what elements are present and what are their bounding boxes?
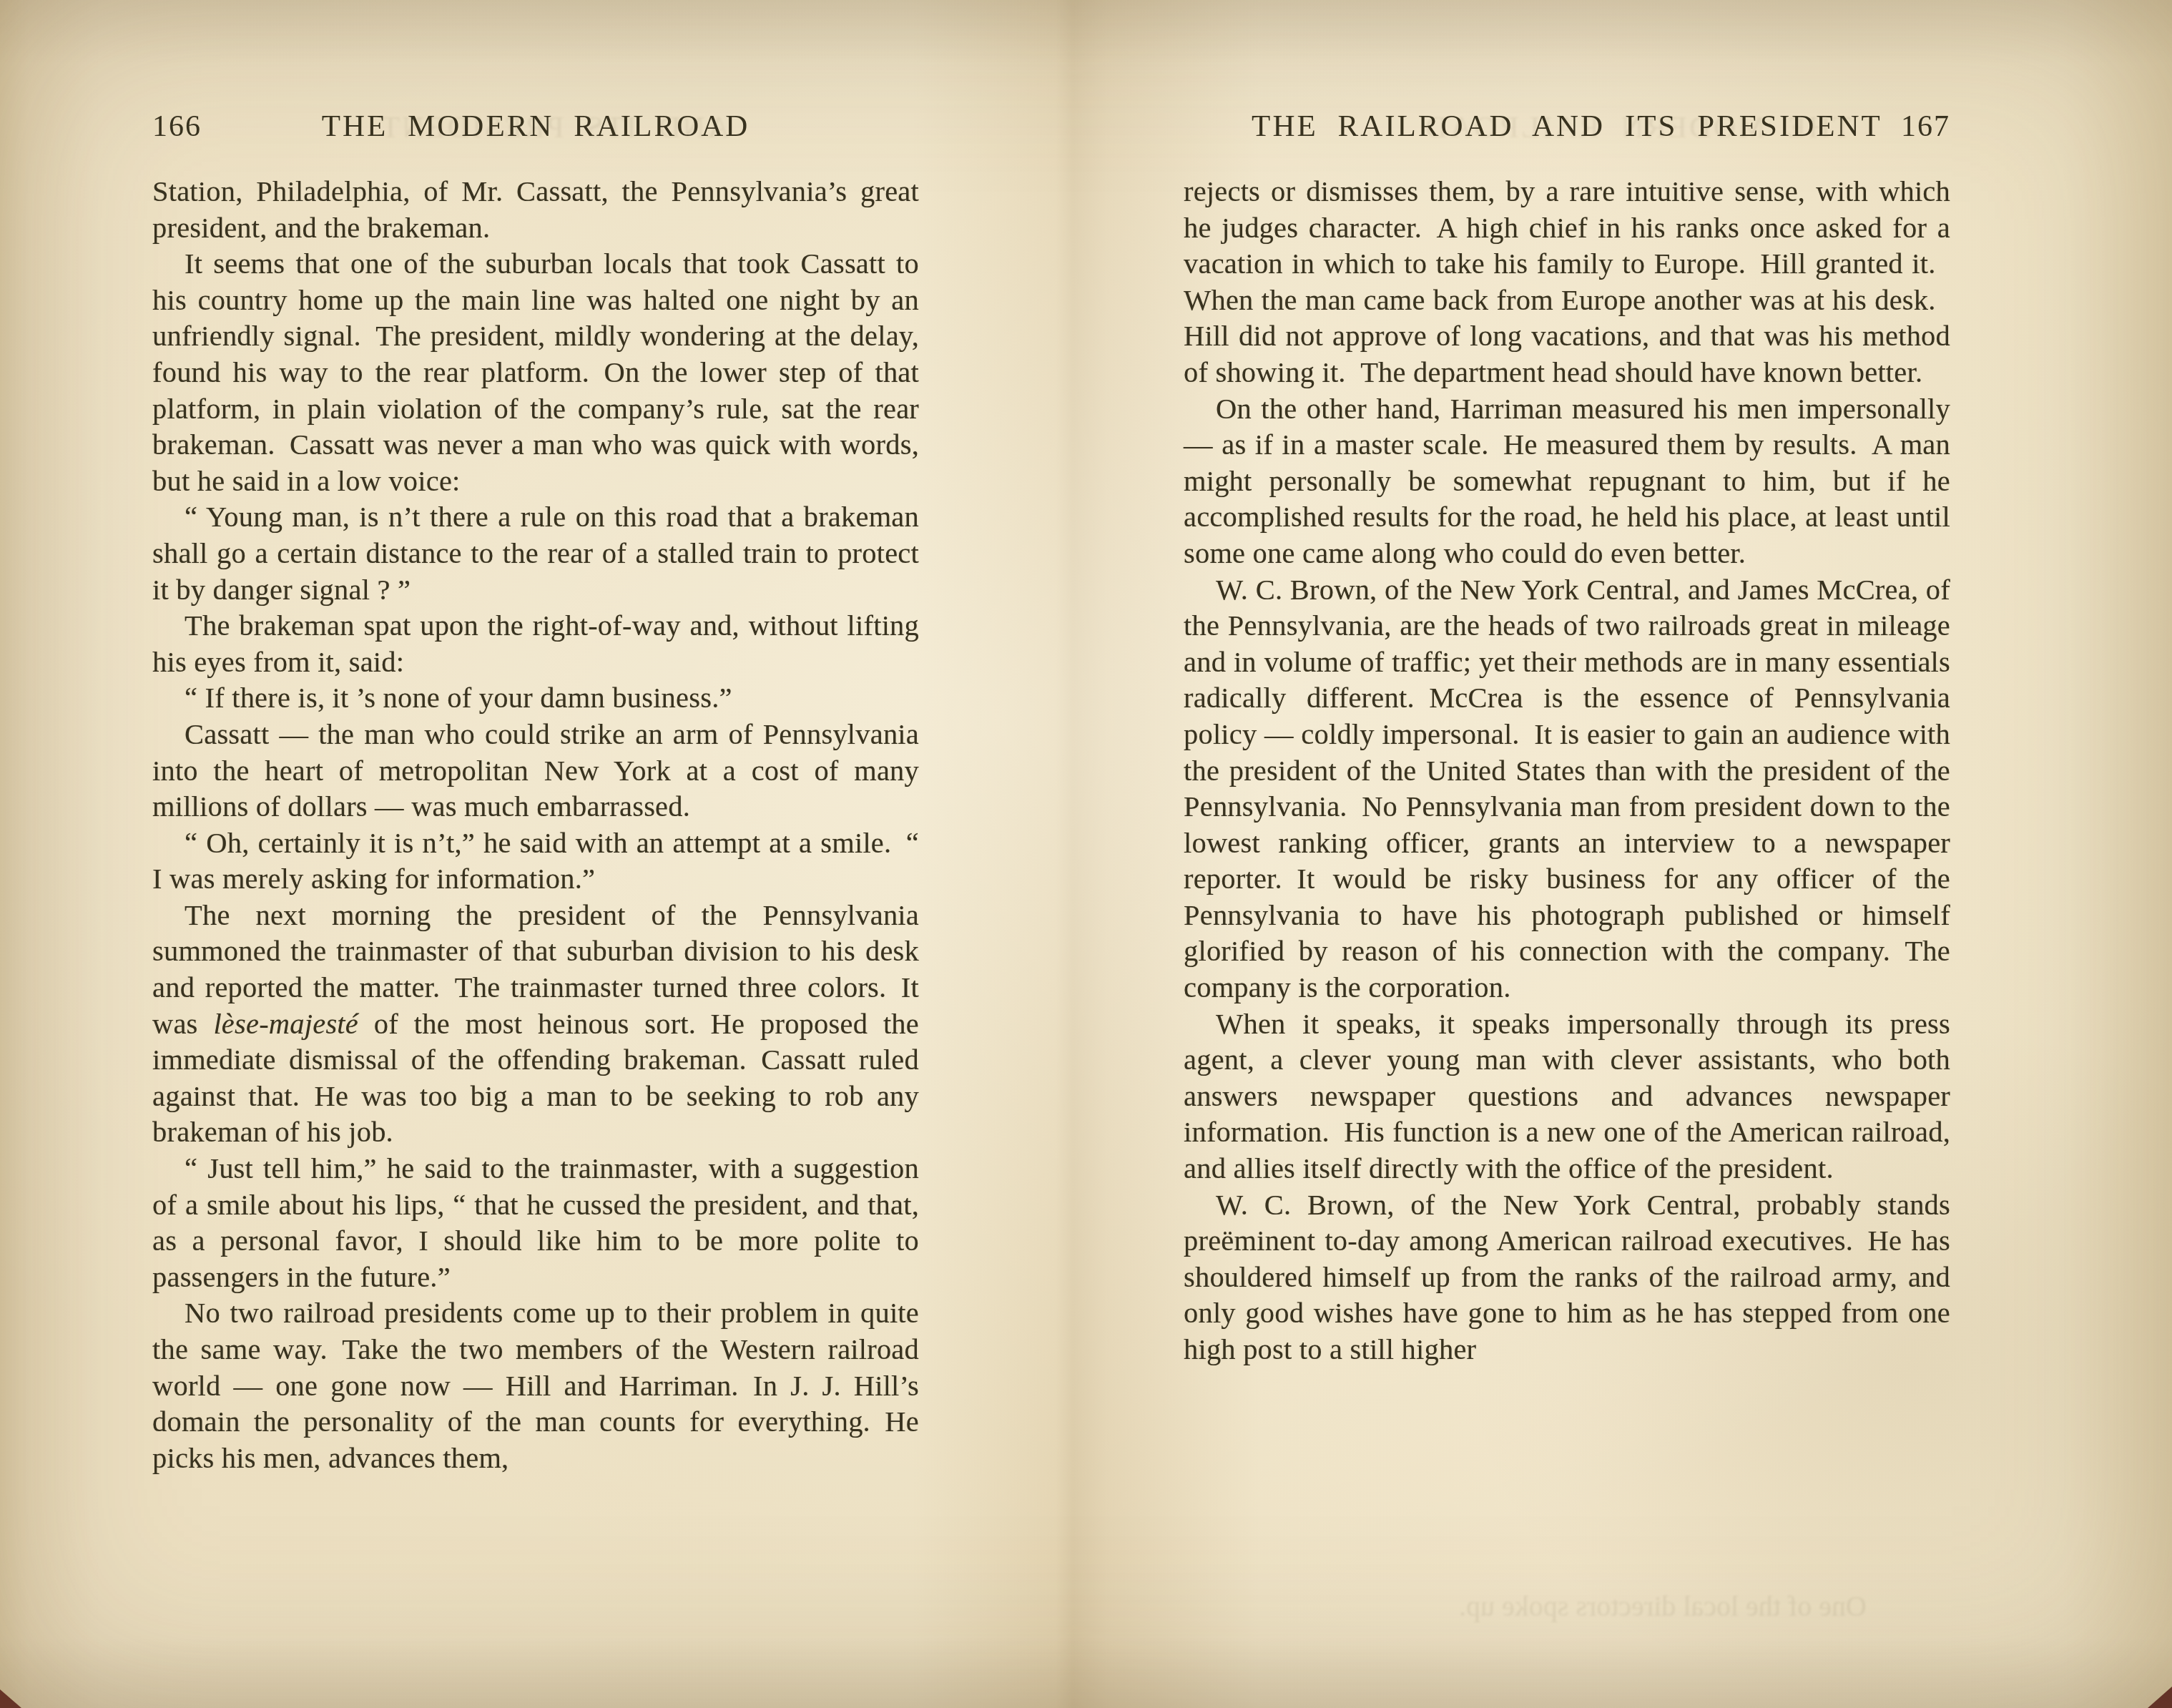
paragraph: It seems that one of the suburban locals…: [152, 246, 919, 499]
left-running-title: THE MODERN RAILROAD: [322, 109, 750, 143]
binding-corner: [0, 1689, 21, 1708]
right-page-text: rejects or dismisses them, by a rare int…: [1184, 174, 1950, 1368]
right-running-title: THE RAILROAD AND ITS PRESIDENT: [1252, 109, 1882, 143]
book-spread: AND ITS PRESIDENT THE MODERN RAILROAD On…: [0, 0, 2172, 1708]
paragraph: Cassatt — the man who could strike an ar…: [152, 717, 919, 825]
paragraph: W. C. Brown, of the New York Central, an…: [1184, 572, 1950, 1006]
paragraph: The brakeman spat upon the right-of-way …: [152, 608, 919, 680]
paragraph: “ Oh, certainly it is n’t,” he said with…: [152, 825, 919, 898]
paragraph: W. C. Brown, of the New York Central, pr…: [1184, 1187, 1950, 1368]
paragraph: The next morning the president of the Pe…: [152, 898, 919, 1151]
paragraph: “ Young man, is n’t there a rule on this…: [152, 499, 919, 608]
show-through-text: One of the local directors spoke up.: [1459, 1589, 1867, 1623]
paragraph: rejects or dismisses them, by a rare int…: [1184, 174, 1950, 391]
left-page-number: 166: [152, 109, 202, 144]
paragraph: When it speaks, it speaks impersonally t…: [1184, 1006, 1950, 1187]
right-running-head: THE RAILROAD AND ITS PRESIDENT 167: [1184, 109, 1950, 152]
paragraph: “ Just tell him,” he said to the trainma…: [152, 1151, 919, 1295]
paragraph: On the other hand, Harriman measured his…: [1184, 391, 1950, 572]
paragraph: No two railroad presidents come up to th…: [152, 1295, 919, 1476]
paragraph: Station, Philadelphia, of Mr. Cassatt, t…: [152, 174, 919, 246]
left-page-text: Station, Philadelphia, of Mr. Cassatt, t…: [152, 174, 919, 1476]
paragraph: “ If there is, it ’s none of your damn b…: [152, 680, 919, 717]
left-running-head: 166 THE MODERN RAILROAD: [152, 109, 919, 152]
binding-corner: [2148, 1687, 2172, 1708]
right-page-number: 167: [1901, 109, 1950, 144]
